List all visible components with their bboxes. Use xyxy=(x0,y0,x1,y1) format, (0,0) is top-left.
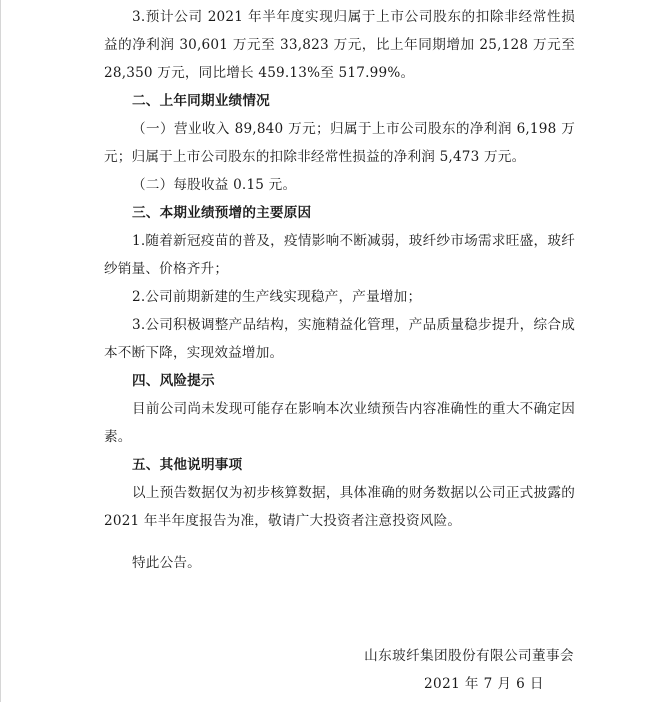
section-heading-prior-year: 二、上年同期业绩情况 xyxy=(104,87,575,115)
section-heading-risk: 四、风险提示 xyxy=(104,367,575,395)
spacer xyxy=(104,535,575,549)
document-body: 3.预计公司 2021 年半年度实现归属于上市公司股东的扣除非经常性损益的净利润… xyxy=(104,3,575,577)
closing-statement: 特此公告。 xyxy=(104,549,575,577)
section-heading-other: 五、其他说明事项 xyxy=(104,451,575,479)
reason-paragraph-3: 3.公司积极调整产品结构，实施精益化管理，产品质量稳步提升，综合成本不断下降，实… xyxy=(104,311,575,367)
reason-paragraph-1: 1.随着新冠疫苗的普及，疫情影响不断减弱，玻纤纱市场需求旺盛，玻纤纱销量、价格齐… xyxy=(104,227,575,283)
prior-year-eps-paragraph: （二）每股收益 0.15 元。 xyxy=(104,171,575,199)
reason-paragraph-2: 2.公司前期新建的生产线实现稳产，产量增加； xyxy=(104,283,575,311)
document-page: 3.预计公司 2021 年半年度实现归属于上市公司股东的扣除非经常性损益的净利润… xyxy=(0,0,671,702)
other-paragraph: 以上预告数据仅为初步核算数据，具体准确的财务数据以公司正式披露的 2021 年半… xyxy=(104,479,575,535)
forecast-paragraph-3: 3.预计公司 2021 年半年度实现归属于上市公司股东的扣除非经常性损益的净利润… xyxy=(104,3,575,87)
announcement-date: 2021 年 7 月 6 日 xyxy=(424,670,544,698)
section-heading-reasons: 三、本期业绩预增的主要原因 xyxy=(104,199,575,227)
board-signature: 山东玻纤集团股份有限公司董事会 xyxy=(364,642,574,670)
prior-year-revenue-paragraph: （一）营业收入 89,840 万元；归属于上市公司股东的净利润 6,198 万元… xyxy=(104,115,575,171)
risk-paragraph: 目前公司尚未发现可能存在影响本次业绩预告内容准确性的重大不确定因素。 xyxy=(104,395,575,451)
